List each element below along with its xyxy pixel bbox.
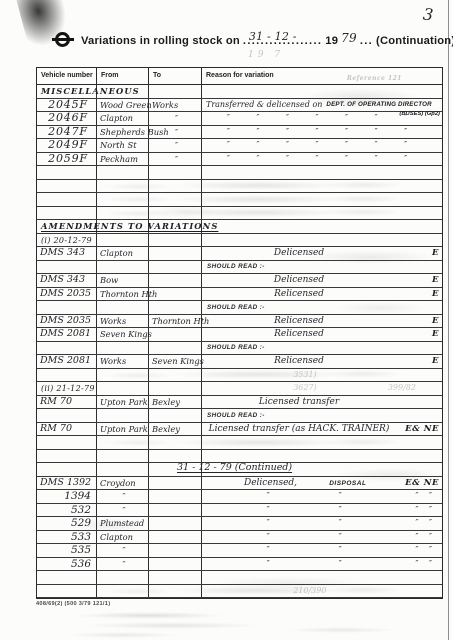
ditto-mark: ″ bbox=[267, 558, 270, 571]
cell-to bbox=[149, 450, 202, 463]
cell-from: North St bbox=[97, 139, 149, 152]
cell-to: Seven Kings bbox=[149, 355, 202, 368]
cell-reason: ″″″ ″ bbox=[202, 558, 442, 571]
from-text: Upton Park bbox=[100, 397, 148, 407]
should-read-label: SHOULD READ :- bbox=[207, 261, 265, 274]
cell-to bbox=[149, 544, 202, 557]
cell-from bbox=[97, 463, 149, 476]
from-text: Clapton bbox=[100, 113, 133, 123]
vehicle-number-text: DMS 2081 bbox=[40, 328, 96, 340]
title-prefix: Variations in rolling stock on bbox=[81, 35, 240, 47]
cell-to bbox=[149, 531, 202, 544]
section-row: 31 - 12 - 79 (Continued) bbox=[37, 463, 442, 477]
cell-vehicle-number: DMS 2081 bbox=[37, 355, 97, 368]
cell-vehicle-number bbox=[37, 571, 97, 584]
to-text: Thornton Hth bbox=[152, 316, 209, 326]
division-code-text: E bbox=[432, 288, 439, 301]
cell-to bbox=[149, 274, 202, 287]
form-title: Variations in rolling stock on .........… bbox=[81, 33, 453, 47]
cell-to bbox=[149, 247, 202, 260]
ditto-mark: ″ bbox=[100, 558, 148, 571]
cell-vehicle-number bbox=[37, 342, 97, 355]
cell-reason: RelicensedE bbox=[202, 328, 442, 341]
table-row: 2045FWood GreenWorksTransferred & delice… bbox=[37, 99, 442, 113]
cell-to bbox=[149, 342, 202, 355]
cell-to bbox=[149, 504, 202, 517]
from-text: Works bbox=[100, 356, 126, 366]
from-text: Plumstead bbox=[100, 518, 144, 528]
vehicle-number-text: DMS 1392 bbox=[40, 477, 96, 489]
table-row: 1394″″″″ ″ bbox=[37, 490, 442, 504]
cell-reason: ″″″ ″ bbox=[202, 531, 442, 544]
cell-to bbox=[149, 490, 202, 503]
ditto-mark: ″ bbox=[100, 504, 148, 517]
cell-to bbox=[149, 382, 202, 395]
cell-to bbox=[149, 436, 202, 449]
table-row: SHOULD READ :- bbox=[37, 342, 442, 356]
table-row: 2047FShepherds Bush″″ ″ ″ ″ ″ ″ ″ bbox=[37, 126, 442, 140]
table-row bbox=[37, 180, 442, 194]
cell-vehicle-number: DMS 2035 bbox=[37, 288, 97, 301]
cell-from: Seven Kings bbox=[97, 328, 149, 341]
reason-text: Relicensed bbox=[202, 288, 442, 301]
cell-reason bbox=[202, 166, 442, 179]
ghost-date-bleedthrough: 19 7 bbox=[248, 50, 284, 60]
cell-reason: 3531) bbox=[202, 369, 442, 382]
vehicle-number-text: DMS 2035 bbox=[40, 288, 96, 300]
cell-to bbox=[149, 477, 202, 490]
ghost-reference-text: Reference 121 bbox=[347, 75, 402, 82]
vehicle-number-text: RM 70 bbox=[40, 396, 96, 408]
table-row: DMS 2035WorksThornton HthRelicensedE bbox=[37, 315, 442, 329]
cell-from bbox=[97, 234, 149, 247]
table-header-row: Vehicle number From To Reason for variat… bbox=[37, 68, 442, 85]
cell-to bbox=[149, 517, 202, 530]
table-row bbox=[37, 571, 442, 585]
section-row: MISCELLANEOUS bbox=[37, 85, 442, 99]
from-text: Croydon bbox=[100, 478, 136, 488]
table-row: DMS 343ClaptonDelicensedE bbox=[37, 247, 442, 261]
vehicle-number-text: 536 bbox=[40, 558, 96, 570]
reason-text: Delicensed bbox=[202, 247, 442, 260]
ditto-mark: ″ ″ bbox=[415, 504, 432, 517]
date-dotted-line: .................. 31 - 12 - bbox=[243, 35, 322, 47]
table-row: DMS 343BowDelicensedE bbox=[37, 274, 442, 288]
table-row: 536″″″″ ″ bbox=[37, 558, 442, 572]
cell-reason: Delicensed,DISPOSALE& NE bbox=[202, 477, 442, 490]
handwritten-year: 79 bbox=[341, 31, 357, 45]
cell-from bbox=[97, 382, 149, 395]
table-row: 529Plumstead″″″ ″ bbox=[37, 517, 442, 531]
cell-vehicle-number: DMS 1392 bbox=[37, 477, 97, 490]
table-row: RM 70Upton ParkBexleyLicensed transfer (… bbox=[37, 423, 442, 437]
cell-from: Croydon bbox=[97, 477, 149, 490]
cell-to: Bexley bbox=[149, 423, 202, 436]
cell-reason: RelicensedE bbox=[202, 288, 442, 301]
reason-text: Delicensed bbox=[202, 274, 442, 287]
cell-to: ″ bbox=[149, 139, 202, 152]
should-read-label: SHOULD READ :- bbox=[207, 342, 265, 355]
table-row: RM 70Upton ParkBexleyLicensed transfer bbox=[37, 396, 442, 410]
table-row: 2046FClapton″″ ″ ″ ″ ″ ″ ″ bbox=[37, 112, 442, 126]
col-header-to: To bbox=[149, 68, 202, 84]
vehicle-number-text: 2047F bbox=[40, 126, 96, 138]
cell-to bbox=[149, 85, 202, 98]
cell-from: Clapton bbox=[97, 247, 149, 260]
cell-from bbox=[97, 436, 149, 449]
to-text: Bexley bbox=[152, 424, 180, 434]
section-label: AMENDMENTS TO VARIATIONS bbox=[41, 220, 218, 233]
cell-from bbox=[97, 369, 149, 382]
scanned-form-page: 3 Variations in rolling stock on .......… bbox=[0, 0, 453, 640]
cell-to bbox=[149, 409, 202, 422]
cell-vehicle-number: DMS 2081 bbox=[37, 328, 97, 341]
cell-vehicle-number bbox=[37, 436, 97, 449]
ditto-mark: ″ bbox=[339, 517, 342, 530]
cell-reason: SHOULD READ :- bbox=[202, 301, 442, 314]
table-row: SHOULD READ :- bbox=[37, 261, 442, 275]
cell-reason: ″″″ ″ bbox=[202, 517, 442, 530]
cell-to bbox=[149, 261, 202, 274]
cell-reason: 210/390 bbox=[202, 585, 442, 598]
cell-from bbox=[97, 207, 149, 220]
from-text: Upton Park bbox=[100, 424, 148, 434]
cell-reason bbox=[202, 85, 442, 98]
cell-vehicle-number bbox=[37, 369, 97, 382]
ditto-mark: ″ bbox=[267, 490, 270, 503]
cell-to bbox=[149, 180, 202, 193]
cell-to bbox=[149, 585, 202, 598]
cell-from: Clapton bbox=[97, 112, 149, 125]
cell-from bbox=[97, 301, 149, 314]
cell-to: ″ bbox=[149, 112, 202, 125]
table-row: DMS 2081Seven KingsRelicensedE bbox=[37, 328, 442, 342]
vehicle-number-text: 533 bbox=[40, 531, 96, 543]
reason-text: Relicensed bbox=[202, 315, 442, 328]
cell-reason: ″ ″ ″ ″ ″ ″ ″ bbox=[202, 139, 442, 152]
vehicle-number-text: DMS 343 bbox=[40, 247, 96, 259]
vehicle-number-text: 532 bbox=[40, 504, 96, 516]
ditto-mark: ″ bbox=[339, 504, 342, 517]
table-body: MISCELLANEOUS2045FWood GreenWorksTransfe… bbox=[37, 85, 442, 598]
table-row: 2049FNorth St″″ ″ ″ ″ ″ ″ ″ bbox=[37, 139, 442, 153]
cell-to bbox=[149, 288, 202, 301]
cell-vehicle-number bbox=[37, 180, 97, 193]
reason-text: Relicensed bbox=[202, 355, 442, 368]
footer-ghost-marks bbox=[40, 609, 430, 639]
cell-from bbox=[97, 571, 149, 584]
cell-from bbox=[97, 450, 149, 463]
from-text: Wood Green bbox=[100, 100, 152, 110]
cell-reason: SHOULD READ :- bbox=[202, 342, 442, 355]
reason-text: Licensed transfer bbox=[202, 396, 442, 409]
variations-table: Vehicle number From To Reason for variat… bbox=[36, 67, 443, 599]
cell-from: Bow bbox=[97, 274, 149, 287]
cell-reason bbox=[202, 436, 442, 449]
vehicle-number-text: DMS 2081 bbox=[40, 355, 96, 367]
cell-reason bbox=[202, 207, 442, 220]
table-row: SHOULD READ :- bbox=[37, 301, 442, 315]
from-text: Works bbox=[100, 316, 126, 326]
division-code-text: E bbox=[432, 315, 439, 328]
cell-to bbox=[149, 234, 202, 247]
ghost-bleedthrough-text: 3531) bbox=[293, 369, 316, 382]
cell-to bbox=[149, 571, 202, 584]
table-row bbox=[37, 193, 442, 207]
ditto-marks-row: ″ ″ ″ ″ ″ ″ ″ bbox=[202, 126, 442, 139]
ditto-mark: ″ bbox=[339, 544, 342, 557]
continuation-label: (Continuation) bbox=[376, 35, 453, 47]
col-header-reason: Reason for variation Reference 121 bbox=[202, 68, 442, 84]
reason-text: Transferred & delicensed on bbox=[206, 99, 322, 112]
col-header-vehicle-number: Vehicle number bbox=[37, 68, 97, 84]
ditto-mark: ″ bbox=[267, 504, 270, 517]
cell-reason: Licensed transfer bbox=[202, 396, 442, 409]
cell-from bbox=[97, 342, 149, 355]
cell-vehicle-number: 1394 bbox=[37, 490, 97, 503]
table-row: 533Clapton″″″ ″ bbox=[37, 531, 442, 545]
cell-from: Clapton bbox=[97, 531, 149, 544]
ditto-marks-row: ″ ″ ″ ″ ″ ″ ″ bbox=[202, 139, 442, 152]
cell-reason: Licensed transfer (as HACK. TRAINER)E& N… bbox=[202, 423, 442, 436]
table-row: 535″″″″ ″ bbox=[37, 544, 442, 558]
vehicle-number-text: 1394 bbox=[40, 490, 96, 502]
table-row bbox=[37, 207, 442, 221]
vehicle-number-text: DMS 343 bbox=[40, 274, 96, 286]
cell-vehicle-number: RM 70 bbox=[37, 423, 97, 436]
page-number: 3 bbox=[422, 5, 434, 25]
page-edge-line bbox=[448, 0, 449, 640]
ditto-mark: ″ bbox=[100, 544, 148, 557]
cell-vehicle-number: 2049F bbox=[37, 139, 97, 152]
to-text: Seven Kings bbox=[152, 356, 204, 366]
from-text: Seven Kings bbox=[100, 329, 152, 339]
london-transport-roundel-icon bbox=[52, 31, 74, 48]
ditto-mark: ″ bbox=[100, 490, 148, 503]
table-row: DMS 2035Thornton HthRelicensedE bbox=[37, 288, 442, 302]
cell-from: Plumstead bbox=[97, 517, 149, 530]
continued-date-label: 31 - 12 - 79 (Continued) bbox=[177, 462, 292, 473]
cell-vehicle-number: DMS 343 bbox=[37, 247, 97, 260]
cell-reason: SHOULD READ :- bbox=[202, 261, 442, 274]
cell-from: Works bbox=[97, 315, 149, 328]
table-row: DMS 1392CroydonDelicensed,DISPOSALE& NE bbox=[37, 477, 442, 491]
table-row: 532″″″″ ″ bbox=[37, 504, 442, 518]
cell-vehicle-number: 529 bbox=[37, 517, 97, 530]
cell-vehicle-number: 533 bbox=[37, 531, 97, 544]
ditto-mark: ″ ″ bbox=[415, 517, 432, 530]
cell-from: Upton Park bbox=[97, 423, 149, 436]
ditto-mark: ″ bbox=[152, 112, 201, 125]
section-row: AMENDMENTS TO VARIATIONS bbox=[37, 220, 442, 234]
vehicle-number-text: DMS 2035 bbox=[40, 315, 96, 327]
ditto-mark: ″ bbox=[267, 544, 270, 557]
section-label: (ii) 21-12-79 bbox=[41, 382, 95, 395]
cell-vehicle-number bbox=[37, 409, 97, 422]
cell-to bbox=[149, 328, 202, 341]
cell-vehicle-number: 2045F bbox=[37, 99, 97, 112]
ditto-mark: ″ ″ bbox=[415, 544, 432, 557]
ghost-bleedthrough-text: 210/390 bbox=[293, 585, 326, 598]
cell-to: Works bbox=[149, 99, 202, 112]
table-row: 2059FPeckham″″ ″ ″ ″ ″ ″ ″ bbox=[37, 153, 442, 167]
cell-reason bbox=[202, 180, 442, 193]
cell-vehicle-number: 536 bbox=[37, 558, 97, 571]
cell-from: Upton Park bbox=[97, 396, 149, 409]
cell-reason: ″ ″ ″ ″ ″ ″ ″ bbox=[202, 153, 442, 166]
cell-to bbox=[149, 166, 202, 179]
from-text: Bow bbox=[100, 275, 118, 285]
cell-reason: RelicensedE bbox=[202, 315, 442, 328]
vehicle-number-text: 535 bbox=[40, 544, 96, 556]
from-text: Clapton bbox=[100, 248, 133, 258]
cell-to bbox=[149, 369, 202, 382]
cell-reason: 3627)399/82 bbox=[202, 382, 442, 395]
trailing-dots: ... bbox=[360, 35, 373, 47]
reason-sub-text: (BUSES) (Gp2) bbox=[399, 108, 440, 121]
cell-from bbox=[97, 166, 149, 179]
vehicle-number-text: 2049F bbox=[40, 139, 96, 151]
handwritten-date: 31 - 12 - bbox=[249, 30, 297, 43]
cell-from: ″ bbox=[97, 490, 149, 503]
cell-vehicle-number: 2059F bbox=[37, 153, 97, 166]
from-text: Clapton bbox=[100, 532, 133, 542]
section-row: (i) 20-12-79 bbox=[37, 234, 442, 248]
cell-to: Thornton Hth bbox=[149, 315, 202, 328]
cell-from: Thornton Hth bbox=[97, 288, 149, 301]
cell-vehicle-number: 535 bbox=[37, 544, 97, 557]
cell-vehicle-number bbox=[37, 585, 97, 598]
cell-reason bbox=[202, 571, 442, 584]
cell-reason bbox=[202, 193, 442, 206]
cell-from: ″ bbox=[97, 504, 149, 517]
ghost-bleedthrough-text: 399/82 bbox=[388, 382, 416, 395]
division-code-text: E bbox=[432, 328, 439, 341]
col-header-reason-label: Reason for variation bbox=[206, 72, 274, 79]
division-code-text: E& NE bbox=[405, 477, 439, 490]
cell-vehicle-number: DMS 2035 bbox=[37, 315, 97, 328]
roundel-bar bbox=[52, 38, 74, 42]
cell-vehicle-number bbox=[37, 450, 97, 463]
division-code-text: E bbox=[432, 247, 439, 260]
cell-reason bbox=[202, 234, 442, 247]
cell-from bbox=[97, 409, 149, 422]
ditto-mark: ″ bbox=[339, 531, 342, 544]
table-row: DMS 2081WorksSeven KingsRelicensedE bbox=[37, 355, 442, 369]
ditto-mark: ″ bbox=[152, 139, 201, 152]
cell-vehicle-number: RM 70 bbox=[37, 396, 97, 409]
should-read-label: SHOULD READ :- bbox=[207, 410, 265, 423]
form-footer-code: 408/69(2) (500 3/79 121/1) bbox=[36, 601, 110, 607]
cell-vehicle-number bbox=[37, 463, 97, 476]
vehicle-number-text: 529 bbox=[40, 517, 96, 529]
cell-reason: ″ ″ ″ ″ ″ ″ ″ bbox=[202, 126, 442, 139]
table-row bbox=[37, 166, 442, 180]
cell-from: Works bbox=[97, 355, 149, 368]
printed-year-prefix: 19 bbox=[325, 35, 338, 47]
from-text: Peckham bbox=[100, 154, 138, 164]
ditto-mark: ″ bbox=[339, 490, 342, 503]
division-code-text: E& NE bbox=[405, 423, 439, 436]
ditto-mark: ″ bbox=[339, 558, 342, 571]
col-header-from: From bbox=[97, 68, 149, 84]
cell-to: ″ bbox=[149, 153, 202, 166]
vehicle-number-text: 2045F bbox=[40, 99, 96, 111]
cell-vehicle-number: 2046F bbox=[37, 112, 97, 125]
ditto-mark: ″ bbox=[152, 153, 201, 166]
cell-vehicle-number: 2047F bbox=[37, 126, 97, 139]
table-row: SHOULD READ :- bbox=[37, 409, 442, 423]
cell-from bbox=[97, 193, 149, 206]
should-read-label: SHOULD READ :- bbox=[207, 302, 265, 315]
to-text: Bexley bbox=[152, 397, 180, 407]
table-row: 210/390 bbox=[37, 585, 442, 599]
cell-from: ″ bbox=[97, 558, 149, 571]
cell-reason: DelicensedE bbox=[202, 274, 442, 287]
cell-reason bbox=[202, 220, 442, 233]
division-code-text: E bbox=[432, 274, 439, 287]
cell-to bbox=[149, 193, 202, 206]
ditto-mark: ″ ″ bbox=[415, 531, 432, 544]
cell-from: ″ bbox=[97, 544, 149, 557]
cell-reason: ″″″ ″ bbox=[202, 544, 442, 557]
cell-vehicle-number: 532 bbox=[37, 504, 97, 517]
cell-vehicle-number bbox=[37, 261, 97, 274]
cell-vehicle-number bbox=[37, 301, 97, 314]
ditto-mark: ″ ″ bbox=[415, 490, 432, 503]
division-code-text: E bbox=[432, 355, 439, 368]
to-text: Works bbox=[152, 100, 178, 110]
cell-reason bbox=[202, 450, 442, 463]
cell-from bbox=[97, 261, 149, 274]
cell-to: ″ bbox=[149, 126, 202, 139]
ditto-marks-row: ″ ″ ″ ″ ″ ″ ″ bbox=[202, 153, 442, 166]
cell-to bbox=[149, 558, 202, 571]
ditto-mark: ″ bbox=[267, 517, 270, 530]
cell-reason: RelicensedE bbox=[202, 355, 442, 368]
vehicle-number-text: RM 70 bbox=[40, 423, 96, 435]
cell-reason: ″″″ ″ bbox=[202, 504, 442, 517]
cell-vehicle-number bbox=[37, 207, 97, 220]
cell-to: Bexley bbox=[149, 396, 202, 409]
cell-vehicle-number bbox=[37, 193, 97, 206]
section-label: (i) 20-12-79 bbox=[41, 234, 92, 247]
cell-to bbox=[149, 207, 202, 220]
table-row: 3531) bbox=[37, 369, 442, 383]
section-label: MISCELLANEOUS bbox=[41, 85, 140, 98]
cell-reason: SHOULD READ :- bbox=[202, 409, 442, 422]
vehicle-number-text: 2059F bbox=[40, 153, 96, 165]
ditto-mark: ″ bbox=[267, 531, 270, 544]
disposal-text: DISPOSAL bbox=[329, 478, 366, 491]
reason-text: Relicensed bbox=[202, 328, 442, 341]
from-text: North St bbox=[100, 140, 137, 150]
table-row bbox=[37, 436, 442, 450]
cell-from: Peckham bbox=[97, 153, 149, 166]
cell-from bbox=[97, 180, 149, 193]
cell-from: Wood Green bbox=[97, 99, 149, 112]
ditto-mark: ″ ″ bbox=[415, 558, 432, 571]
ditto-mark: ″ bbox=[152, 126, 201, 139]
cell-reason: DelicensedE bbox=[202, 247, 442, 260]
cell-from: Shepherds Bush bbox=[97, 126, 149, 139]
cell-reason: ″″″ ″ bbox=[202, 490, 442, 503]
ghost-bleedthrough-text: 3627) bbox=[293, 382, 316, 395]
vehicle-number-text: 2046F bbox=[40, 112, 96, 124]
cell-vehicle-number bbox=[37, 166, 97, 179]
cell-to bbox=[149, 301, 202, 314]
section-row: 3627)399/82(ii) 21-12-79 bbox=[37, 382, 442, 396]
